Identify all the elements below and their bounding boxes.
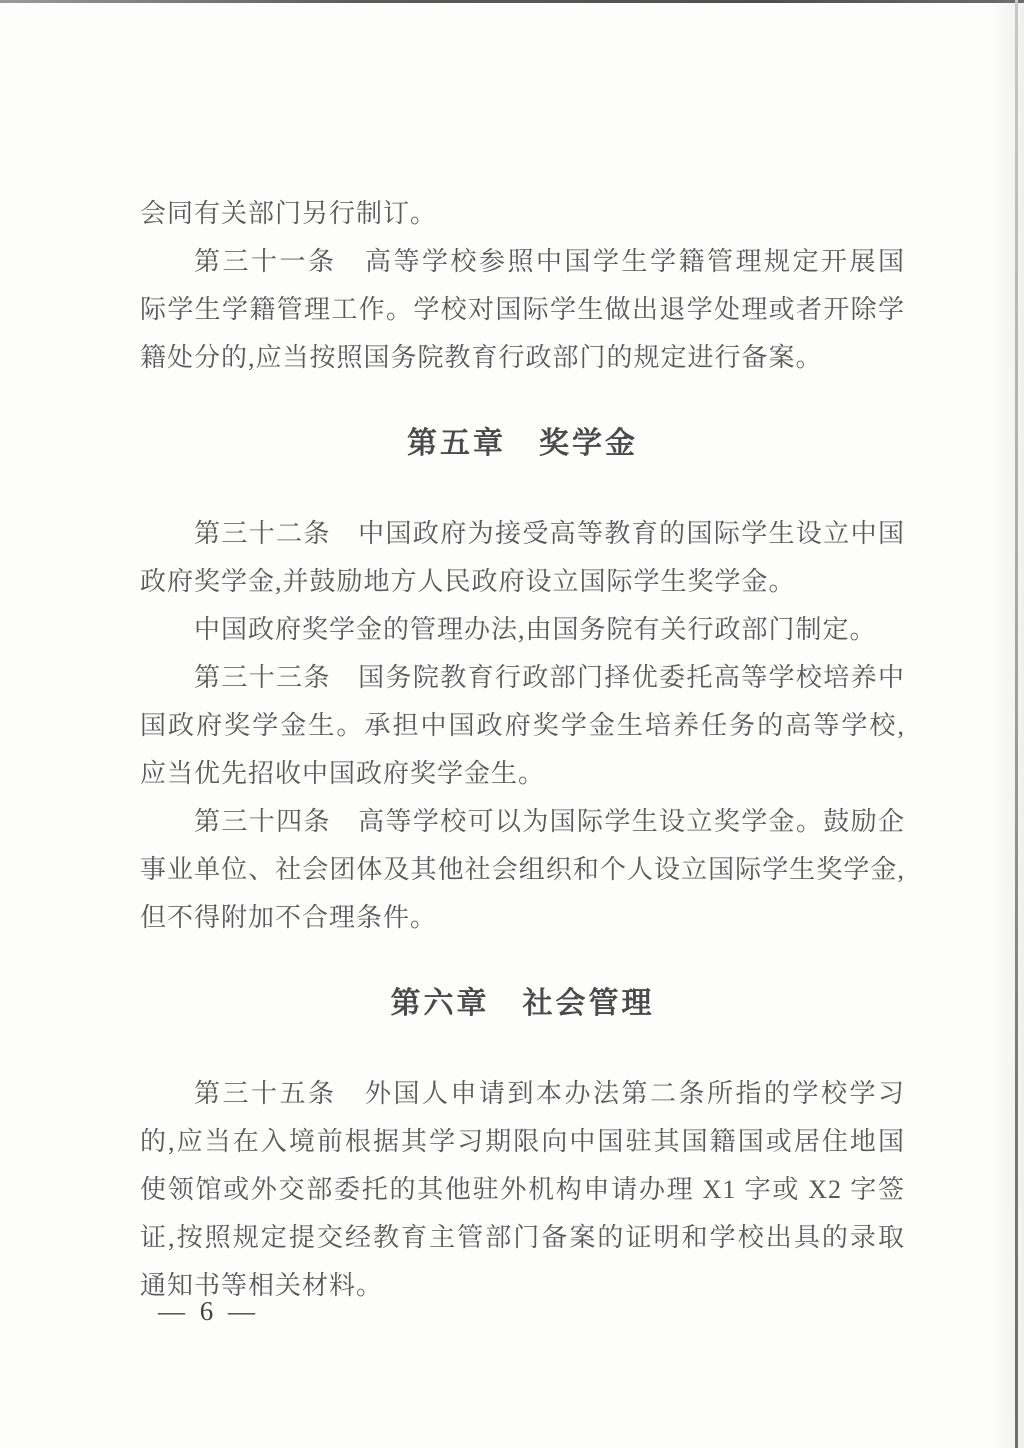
text-line: 第三十四条 高等学校可以为国际学生设立奖学金。鼓励企 bbox=[140, 798, 905, 846]
text-content: 会同有关部门另行制订。第三十一条 高等学校参照中国学生学籍管理规定开展国际学生学… bbox=[140, 190, 905, 1310]
text-line: 籍处分的,应当按照国务院教育行政部门的规定进行备案。 bbox=[140, 334, 905, 382]
page-edge-line bbox=[1015, 0, 1018, 1448]
text-line: 中国政府奖学金的管理办法,由国务院有关行政部门制定。 bbox=[140, 606, 905, 654]
text-line: 际学生学籍管理工作。学校对国际学生做出退学处理或者开除学 bbox=[140, 286, 905, 334]
chapter-heading: 第六章 社会管理 bbox=[140, 980, 905, 1028]
text-line: 国政府奖学金生。承担中国政府奖学金生培养任务的高等学校, bbox=[140, 702, 905, 750]
text-line: 第三十一条 高等学校参照中国学生学籍管理规定开展国 bbox=[140, 238, 905, 286]
text-line: 应当优先招收中国政府奖学金生。 bbox=[140, 750, 905, 798]
chapter-heading: 第五章 奖学金 bbox=[140, 420, 905, 468]
text-line: 使领馆或外交部委托的其他驻外机构申请办理 X1 字或 X2 字签 bbox=[140, 1166, 905, 1214]
text-line: 证,按照规定提交经教育主管部门备案的证明和学校出具的录取 bbox=[140, 1214, 905, 1262]
text-line: 但不得附加不合理条件。 bbox=[140, 894, 905, 942]
text-line: 的,应当在入境前根据其学习期限向中国驻其国籍国或居住地国 bbox=[140, 1118, 905, 1166]
text-line: 第三十三条 国务院教育行政部门择优委托高等学校培养中 bbox=[140, 654, 905, 702]
page-number: — 6 — bbox=[158, 1296, 259, 1327]
scan-top-edge-artifact bbox=[0, 0, 1024, 3]
text-line: 第三十五条 外国人申请到本办法第二条所指的学校学习 bbox=[140, 1070, 905, 1118]
text-line: 政府奖学金,并鼓励地方人民政府设立国际学生奖学金。 bbox=[140, 558, 905, 606]
text-line: 第三十二条 中国政府为接受高等教育的国际学生设立中国 bbox=[140, 510, 905, 558]
text-line: 会同有关部门另行制订。 bbox=[140, 190, 905, 238]
text-line: 事业单位、社会团体及其他社会组织和个人设立国际学生奖学金, bbox=[140, 846, 905, 894]
page-edge-shadow bbox=[990, 0, 1024, 1448]
